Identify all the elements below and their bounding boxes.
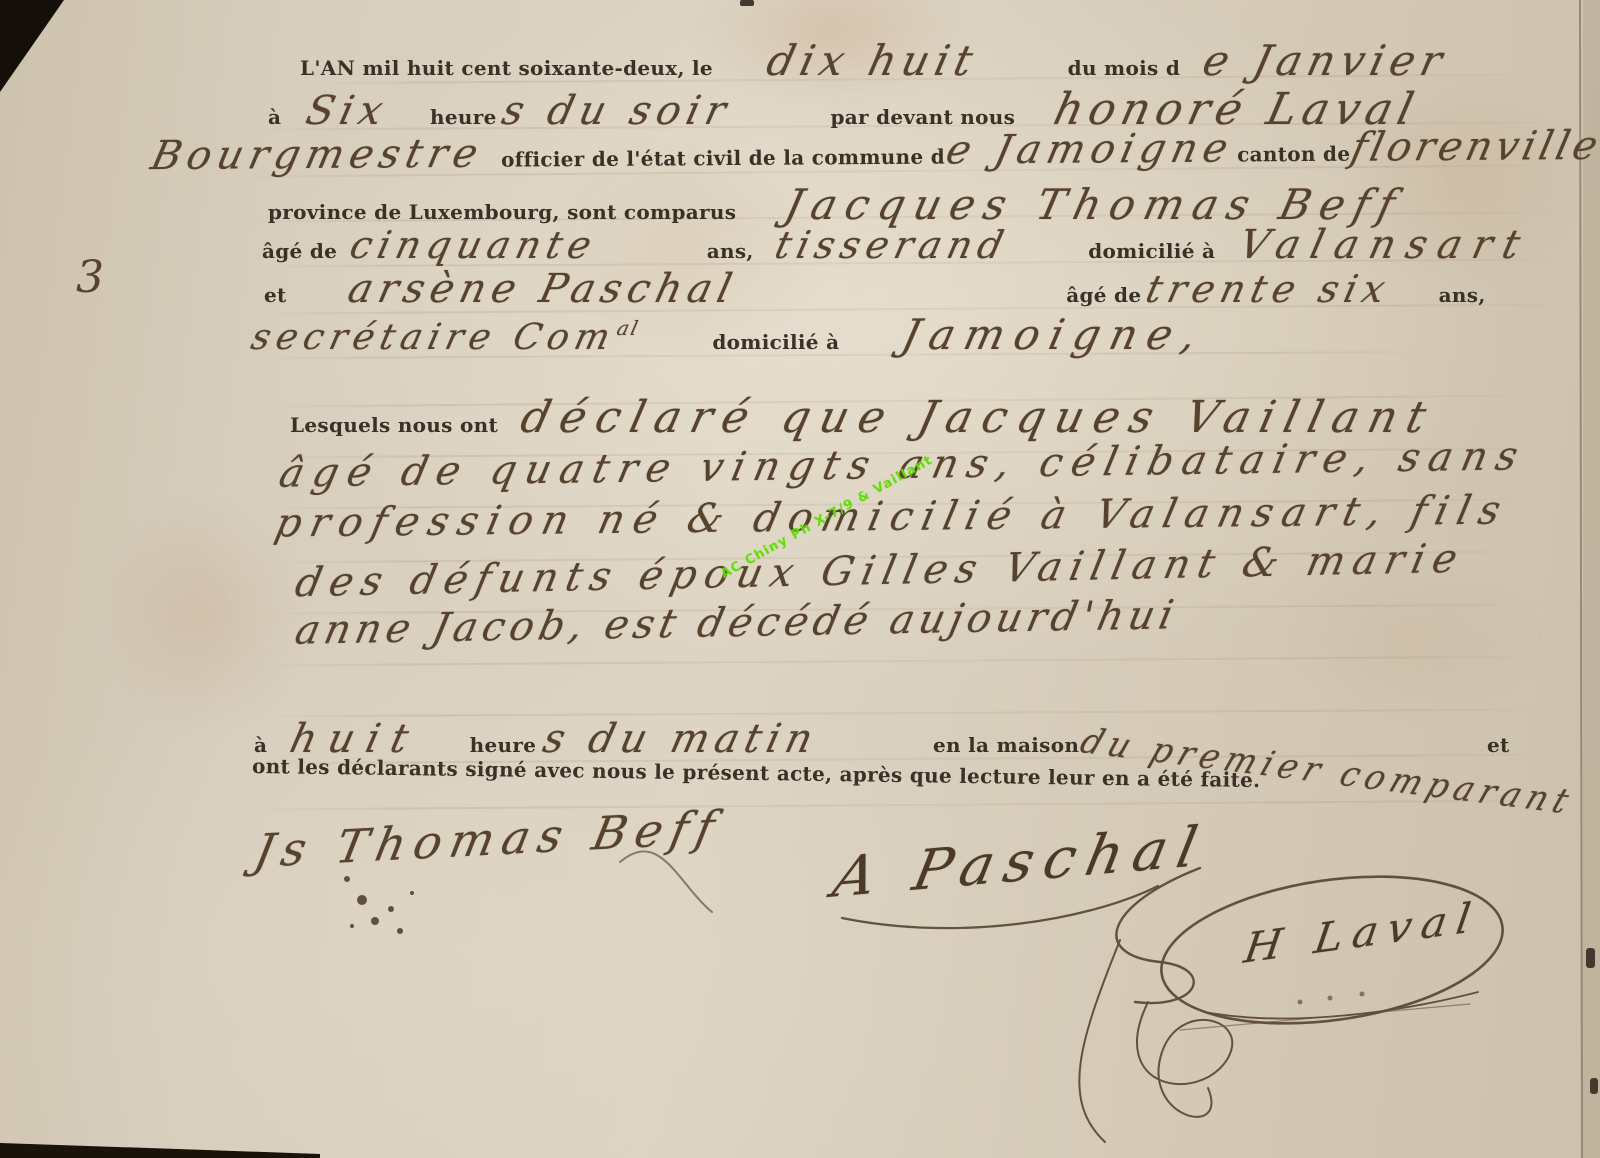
act-line-declarant1-details: âgé de cinquante ans, tisserand domicili…	[262, 222, 1530, 268]
entry-declarant2-profession: secrétaire Comal	[247, 317, 642, 358]
printed-en-la-maison: en la maison	[933, 734, 1079, 757]
officer-signature-underline-2	[1180, 1004, 1470, 1030]
printed-province: province de Luxembourg, sont comparus	[268, 201, 736, 224]
act-line-death-hour-et: et	[1487, 734, 1510, 757]
act-line-declarant2: et arsène Paschal âgé de trente six ans,	[264, 266, 1486, 312]
printed-canton-de: canton de	[1237, 143, 1350, 167]
top-edge-mark	[740, 0, 754, 6]
printed-par-devant-nous: par devant nous	[830, 106, 1015, 129]
rule-line	[255, 655, 1555, 666]
printed-month-text: du mois d	[1068, 57, 1181, 80]
act-line-year-date: L'AN mil huit cent soixante-deux, le dix…	[300, 36, 1447, 85]
act-line-commune: Bourgmestre officier de l'état civil de …	[152, 123, 1600, 179]
printed-age-de-2: âgé de	[1066, 284, 1141, 307]
printed-heure: heure	[430, 106, 497, 129]
signature-declarant2: A Paschal	[828, 814, 1213, 911]
act-line-declaration: Lesquels nous ont déclaré que Jacques Va…	[290, 392, 1435, 443]
act-line-death-hour: à huit heure s du matin en la maison du …	[254, 716, 1598, 762]
entry-officer-title: Bourgmestre	[147, 131, 488, 179]
ink-blots	[344, 876, 414, 934]
printed-domicilie-a-2: domicilié à	[712, 331, 839, 354]
entry-declarant2-profession-superscript: al	[615, 317, 642, 340]
entry-declarant2-residence: Jamoigne,	[898, 310, 1212, 359]
act-line-declarant2-details: secrétaire Comal domicilié à Jamoigne,	[252, 310, 1206, 359]
rule-line	[250, 799, 1560, 810]
printed-et-2: et	[1487, 734, 1510, 757]
entry-declarant2-age: trente six	[1142, 267, 1395, 311]
binding-mark	[1590, 1078, 1598, 1094]
printed-heure-2: heure	[470, 734, 537, 757]
page-corner-shadow-top-left	[0, 0, 64, 92]
binding-mark	[1586, 948, 1595, 968]
officer-signature-underline	[1205, 992, 1478, 1019]
entry-deceased-parents: des défunts époux Gilles Vaillant & mari…	[291, 536, 1469, 607]
declarant1-signature-flourish	[620, 851, 712, 912]
page-edge-strip	[1583, 0, 1600, 1158]
paraph-s-swirl	[1116, 868, 1200, 1003]
paraph-loop	[1137, 1002, 1232, 1117]
entry-death-time-of-day: s du matin	[539, 716, 823, 762]
signature-officer: H Laval	[1241, 892, 1483, 972]
entry-commune: e Jamoigne	[942, 125, 1238, 173]
entry-canton: florenville	[1347, 123, 1600, 171]
printed-age-de: âgé de	[262, 240, 337, 263]
page-edge-line	[1580, 0, 1582, 1158]
signature-declarant1: Js Thomas Beff	[250, 800, 727, 878]
printed-ans-2: ans,	[1439, 284, 1486, 307]
printed-year-text: L'AN mil huit cent soixante-deux, le	[300, 57, 713, 80]
paraph-tail	[1079, 940, 1120, 1142]
printed-a: à	[268, 106, 281, 129]
printed-domicilie-a: domicilié à	[1088, 240, 1215, 263]
entry-declaration-deceased-name: déclaré que Jacques Vaillant	[516, 392, 1441, 443]
bottom-edge-shadow	[0, 1143, 320, 1158]
entry-declarant1-residence: Valansart	[1235, 222, 1536, 268]
entry-declarant2-profession-text: secrétaire Com	[247, 317, 620, 358]
death-record-scanned-page: 3 L'AN mil huit cent soixante-deux, le d…	[0, 0, 1600, 1158]
entry-hour: Six	[302, 88, 393, 134]
act-line-deceased-residence: profession né & domicilié à Valansart, f…	[276, 488, 1509, 547]
printed-lesquels-nous-ont: Lesquels nous ont	[290, 414, 498, 437]
printed-officier-etat-civil: officier de l'état civil de la commune d	[501, 146, 945, 172]
entry-declarant1-age: cinquante	[346, 223, 602, 267]
entry-declarant2-name: arsène Paschal	[343, 266, 741, 312]
entry-month: e Janvier	[1199, 36, 1454, 85]
printed-ans: ans,	[707, 240, 754, 263]
margin-act-number: 3	[76, 252, 104, 303]
entry-day: dix huit	[762, 36, 983, 85]
act-line-deceased-parents: des défunts époux Gilles Vaillant & mari…	[296, 536, 1465, 606]
entry-time-of-day: s du soir	[497, 88, 735, 134]
entry-declarant1-profession: tisserand	[771, 223, 1014, 267]
printed-et: et	[264, 284, 287, 307]
